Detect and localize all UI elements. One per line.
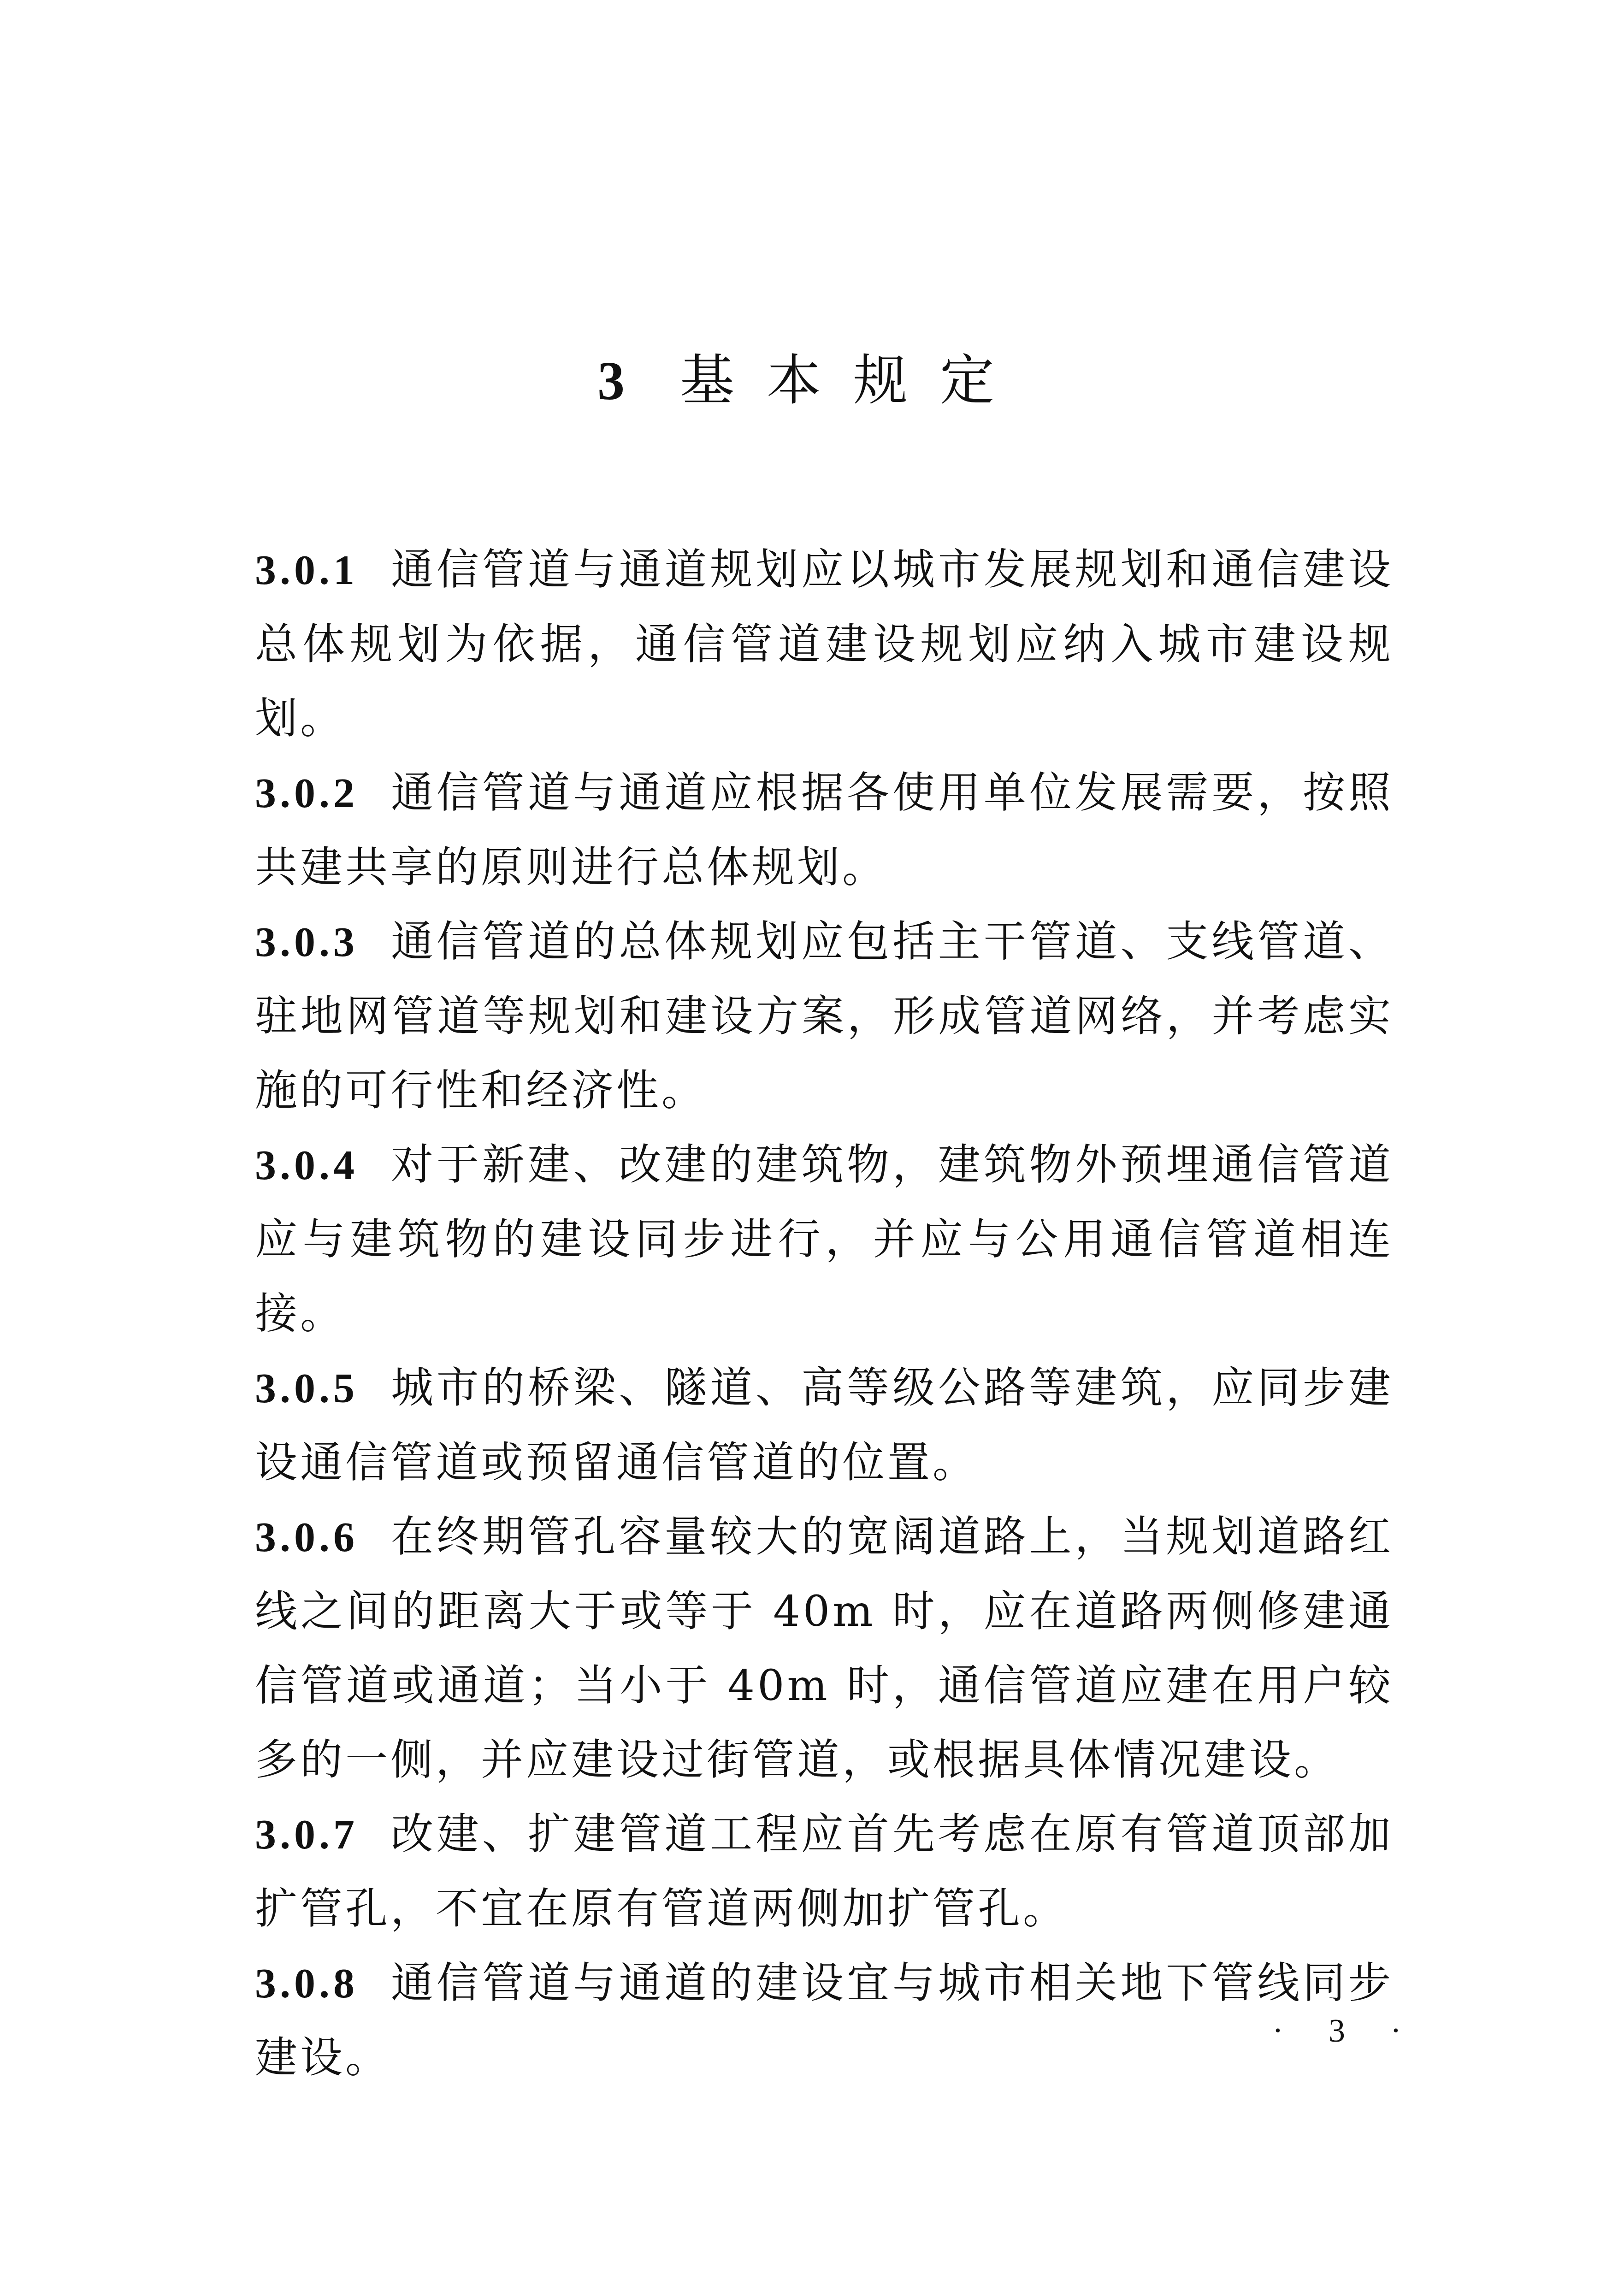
clause-number: 3.0.4: [255, 1141, 358, 1188]
clause-text: 通信管道与通道规划应以城市发展规划和通信建设总体规划为依据，通信管道建设规划应纳…: [255, 545, 1394, 743]
clause-3-0-6: 3.0.6在终期管孔容量较大的宽阔道路上，当规划道路红线之间的距离大于或等于 4…: [255, 1500, 1394, 1797]
clause-text: 通信管道的总体规划应包括主干管道、支线管道、驻地网管道等规划和建设方案，形成管道…: [255, 917, 1394, 1115]
clause-3-0-7: 3.0.7改建、扩建管道工程应首先考虑在原有管道顶部加扩管孔，不宜在原有管道两侧…: [255, 1797, 1394, 1946]
clause-3-0-8: 3.0.8通信管道与通道的建设宜与城市相关地下管线同步建设。: [255, 1946, 1394, 2095]
page-number: · 3 ·: [1272, 2010, 1420, 2051]
clause-number: 3.0.6: [255, 1513, 358, 1560]
chapter-number: 3: [597, 351, 625, 411]
clause-number: 3.0.2: [255, 769, 358, 816]
clause-3-0-1: 3.0.1通信管道与通道规划应以城市发展规划和通信建设总体规划为依据，通信管道建…: [255, 532, 1394, 756]
clause-text: 城市的桥梁、隧道、高等级公路等建筑，应同步建设通信管道或预留通信管道的位置。: [255, 1363, 1394, 1487]
clause-text: 在终期管孔容量较大的宽阔道路上，当规划道路红线之间的距离大于或等于 40m 时，…: [255, 1512, 1394, 1784]
clause-text: 通信管道与通道应根据各使用单位发展需要，按照共建共享的原则进行总体规划。: [255, 768, 1394, 892]
clause-number: 3.0.3: [255, 918, 358, 965]
clause-number: 3.0.7: [255, 1811, 358, 1858]
clause-3-0-3: 3.0.3通信管道的总体规划应包括主干管道、支线管道、驻地网管道等规划和建设方案…: [255, 904, 1394, 1128]
clause-text: 通信管道与通道的建设宜与城市相关地下管线同步建设。: [255, 1958, 1394, 2082]
clause-3-0-4: 3.0.4对于新建、改建的建筑物，建筑物外预埋通信管道应与建筑物的建设同步进行，…: [255, 1128, 1394, 1351]
clause-number: 3.0.5: [255, 1364, 358, 1411]
clause-3-0-5: 3.0.5城市的桥梁、隧道、高等级公路等建筑，应同步建设通信管道或预留通信管道的…: [255, 1351, 1394, 1500]
chapter-title: 3基本规定: [0, 343, 1624, 418]
clause-number: 3.0.8: [255, 1960, 358, 2007]
clause-text: 对于新建、改建的建筑物，建筑物外预埋通信管道应与建筑物的建设同步进行，并应与公用…: [255, 1140, 1394, 1338]
clause-number: 3.0.1: [255, 546, 358, 593]
document-page: 3基本规定 3.0.1通信管道与通道规划应以城市发展规划和通信建设总体规划为依据…: [0, 0, 1624, 2291]
clause-list: 3.0.1通信管道与通道规划应以城市发展规划和通信建设总体规划为依据，通信管道建…: [255, 532, 1394, 2095]
clause-3-0-2: 3.0.2通信管道与通道应根据各使用单位发展需要，按照共建共享的原则进行总体规划…: [255, 756, 1394, 904]
chapter-name: 基本规定: [680, 348, 1027, 412]
clause-text: 改建、扩建管道工程应首先考虑在原有管道顶部加扩管孔，不宜在原有管道两侧加扩管孔。: [255, 1809, 1394, 1933]
